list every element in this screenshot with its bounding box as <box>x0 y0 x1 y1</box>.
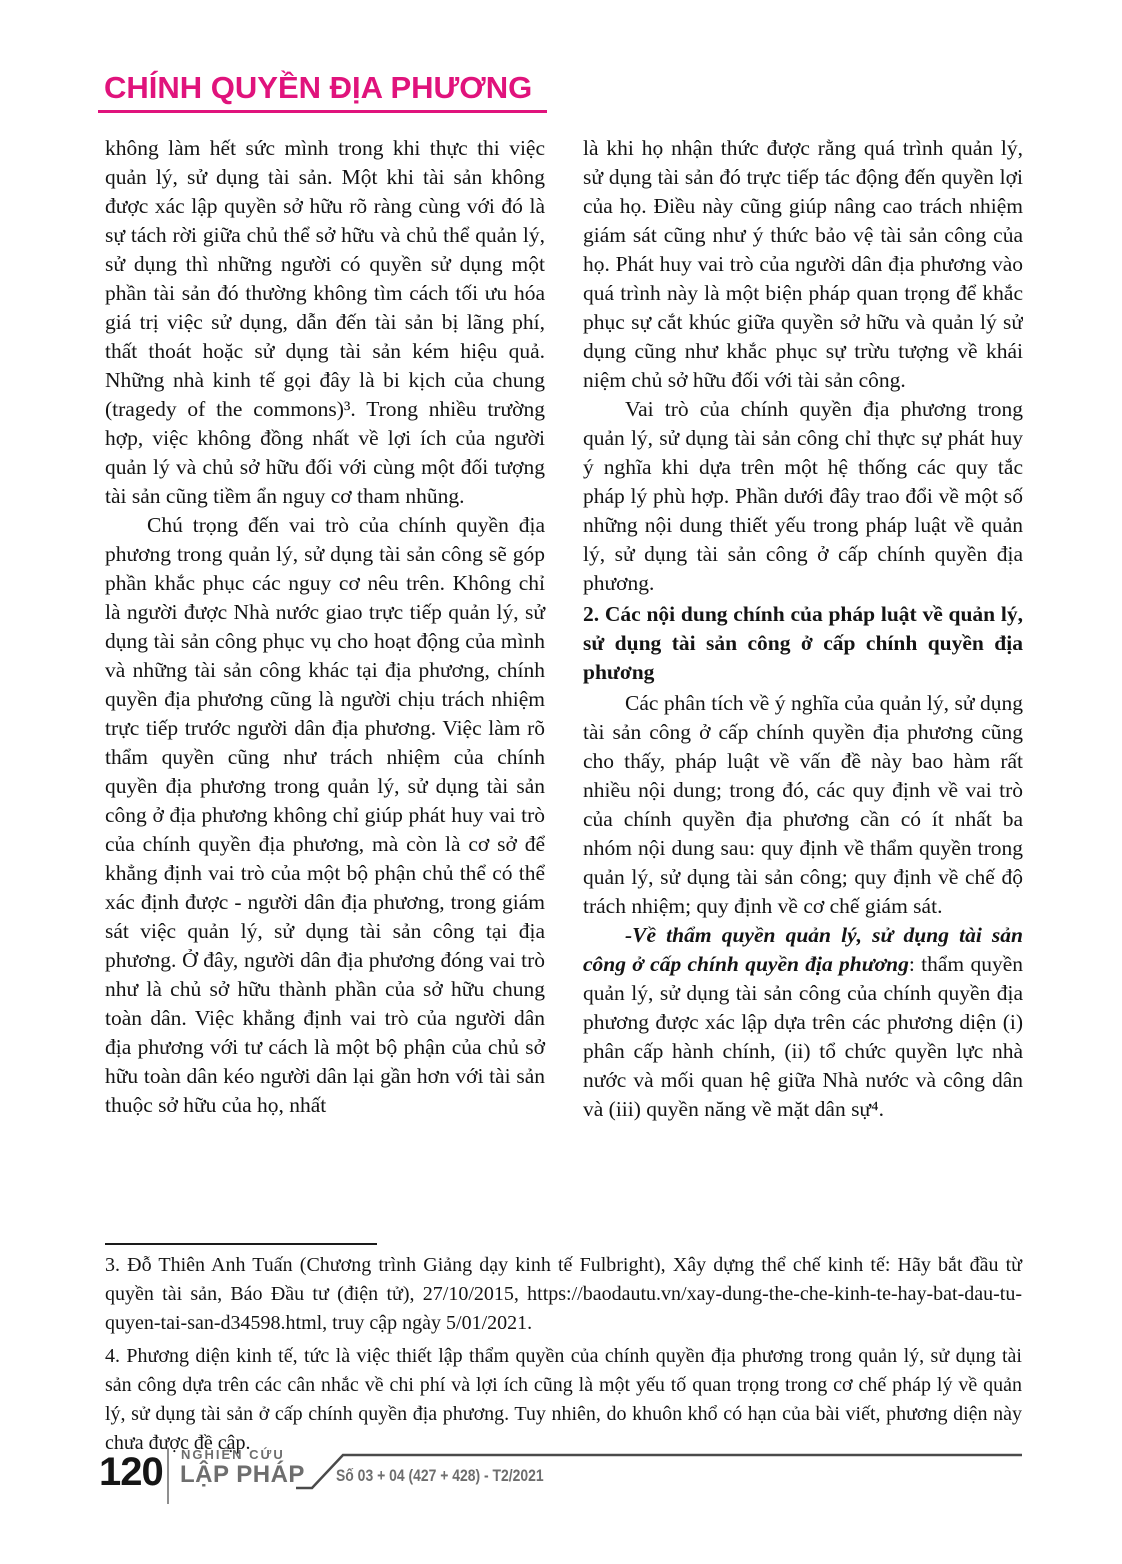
right-column: là khi họ nhận thức được rằng quá trình … <box>583 134 1023 1240</box>
article-body: không làm hết sức mình trong khi thực th… <box>105 134 1023 1240</box>
paragraph: -Về thẩm quyền quản lý, sử dụng tài sản … <box>583 921 1023 1124</box>
paragraph: là khi họ nhận thức được rằng quá trình … <box>583 134 1023 395</box>
page-number: 120 <box>99 1452 163 1492</box>
footer-divider-line <box>167 1448 169 1504</box>
issue-info: Số 03 + 04 (427 + 428) - T2/2021 <box>336 1466 544 1486</box>
paragraph: Vai trò của chính quyền địa phương trong… <box>583 395 1023 598</box>
footnote-4: 4. Phương diện kinh tế, tức là việc thiế… <box>105 1342 1022 1458</box>
journal-page: CHÍNH QUYỀN ĐỊA PHƯƠNG không làm hết sức… <box>0 0 1122 1564</box>
paragraph: Chú trọng đến vai trò của chính quyền đị… <box>105 511 545 1120</box>
paragraph-continuation: : thẩm quyền quản lý, sử dụng tài sản cô… <box>583 952 1023 1121</box>
paragraph: không làm hết sức mình trong khi thực th… <box>105 134 545 511</box>
paragraph: Các phân tích về ý nghĩa của quản lý, sử… <box>583 689 1023 921</box>
journal-name-top: NGHIÊN CỨU <box>181 1447 285 1462</box>
footnotes: 3. Đỗ Thiên Anh Tuấn (Chương trình Giảng… <box>105 1251 1022 1458</box>
left-column: không làm hết sức mình trong khi thực th… <box>105 134 545 1240</box>
journal-name-bottom: LẬP PHÁP <box>180 1461 305 1489</box>
header-underline-rule <box>98 110 547 113</box>
section-header-title: CHÍNH QUYỀN ĐỊA PHƯƠNG <box>104 71 532 105</box>
footnote-3: 3. Đỗ Thiên Anh Tuấn (Chương trình Giảng… <box>105 1251 1022 1338</box>
section-2-heading: 2. Các nội dung chính của pháp luật về q… <box>583 600 1023 687</box>
footnote-separator-rule <box>105 1243 377 1245</box>
